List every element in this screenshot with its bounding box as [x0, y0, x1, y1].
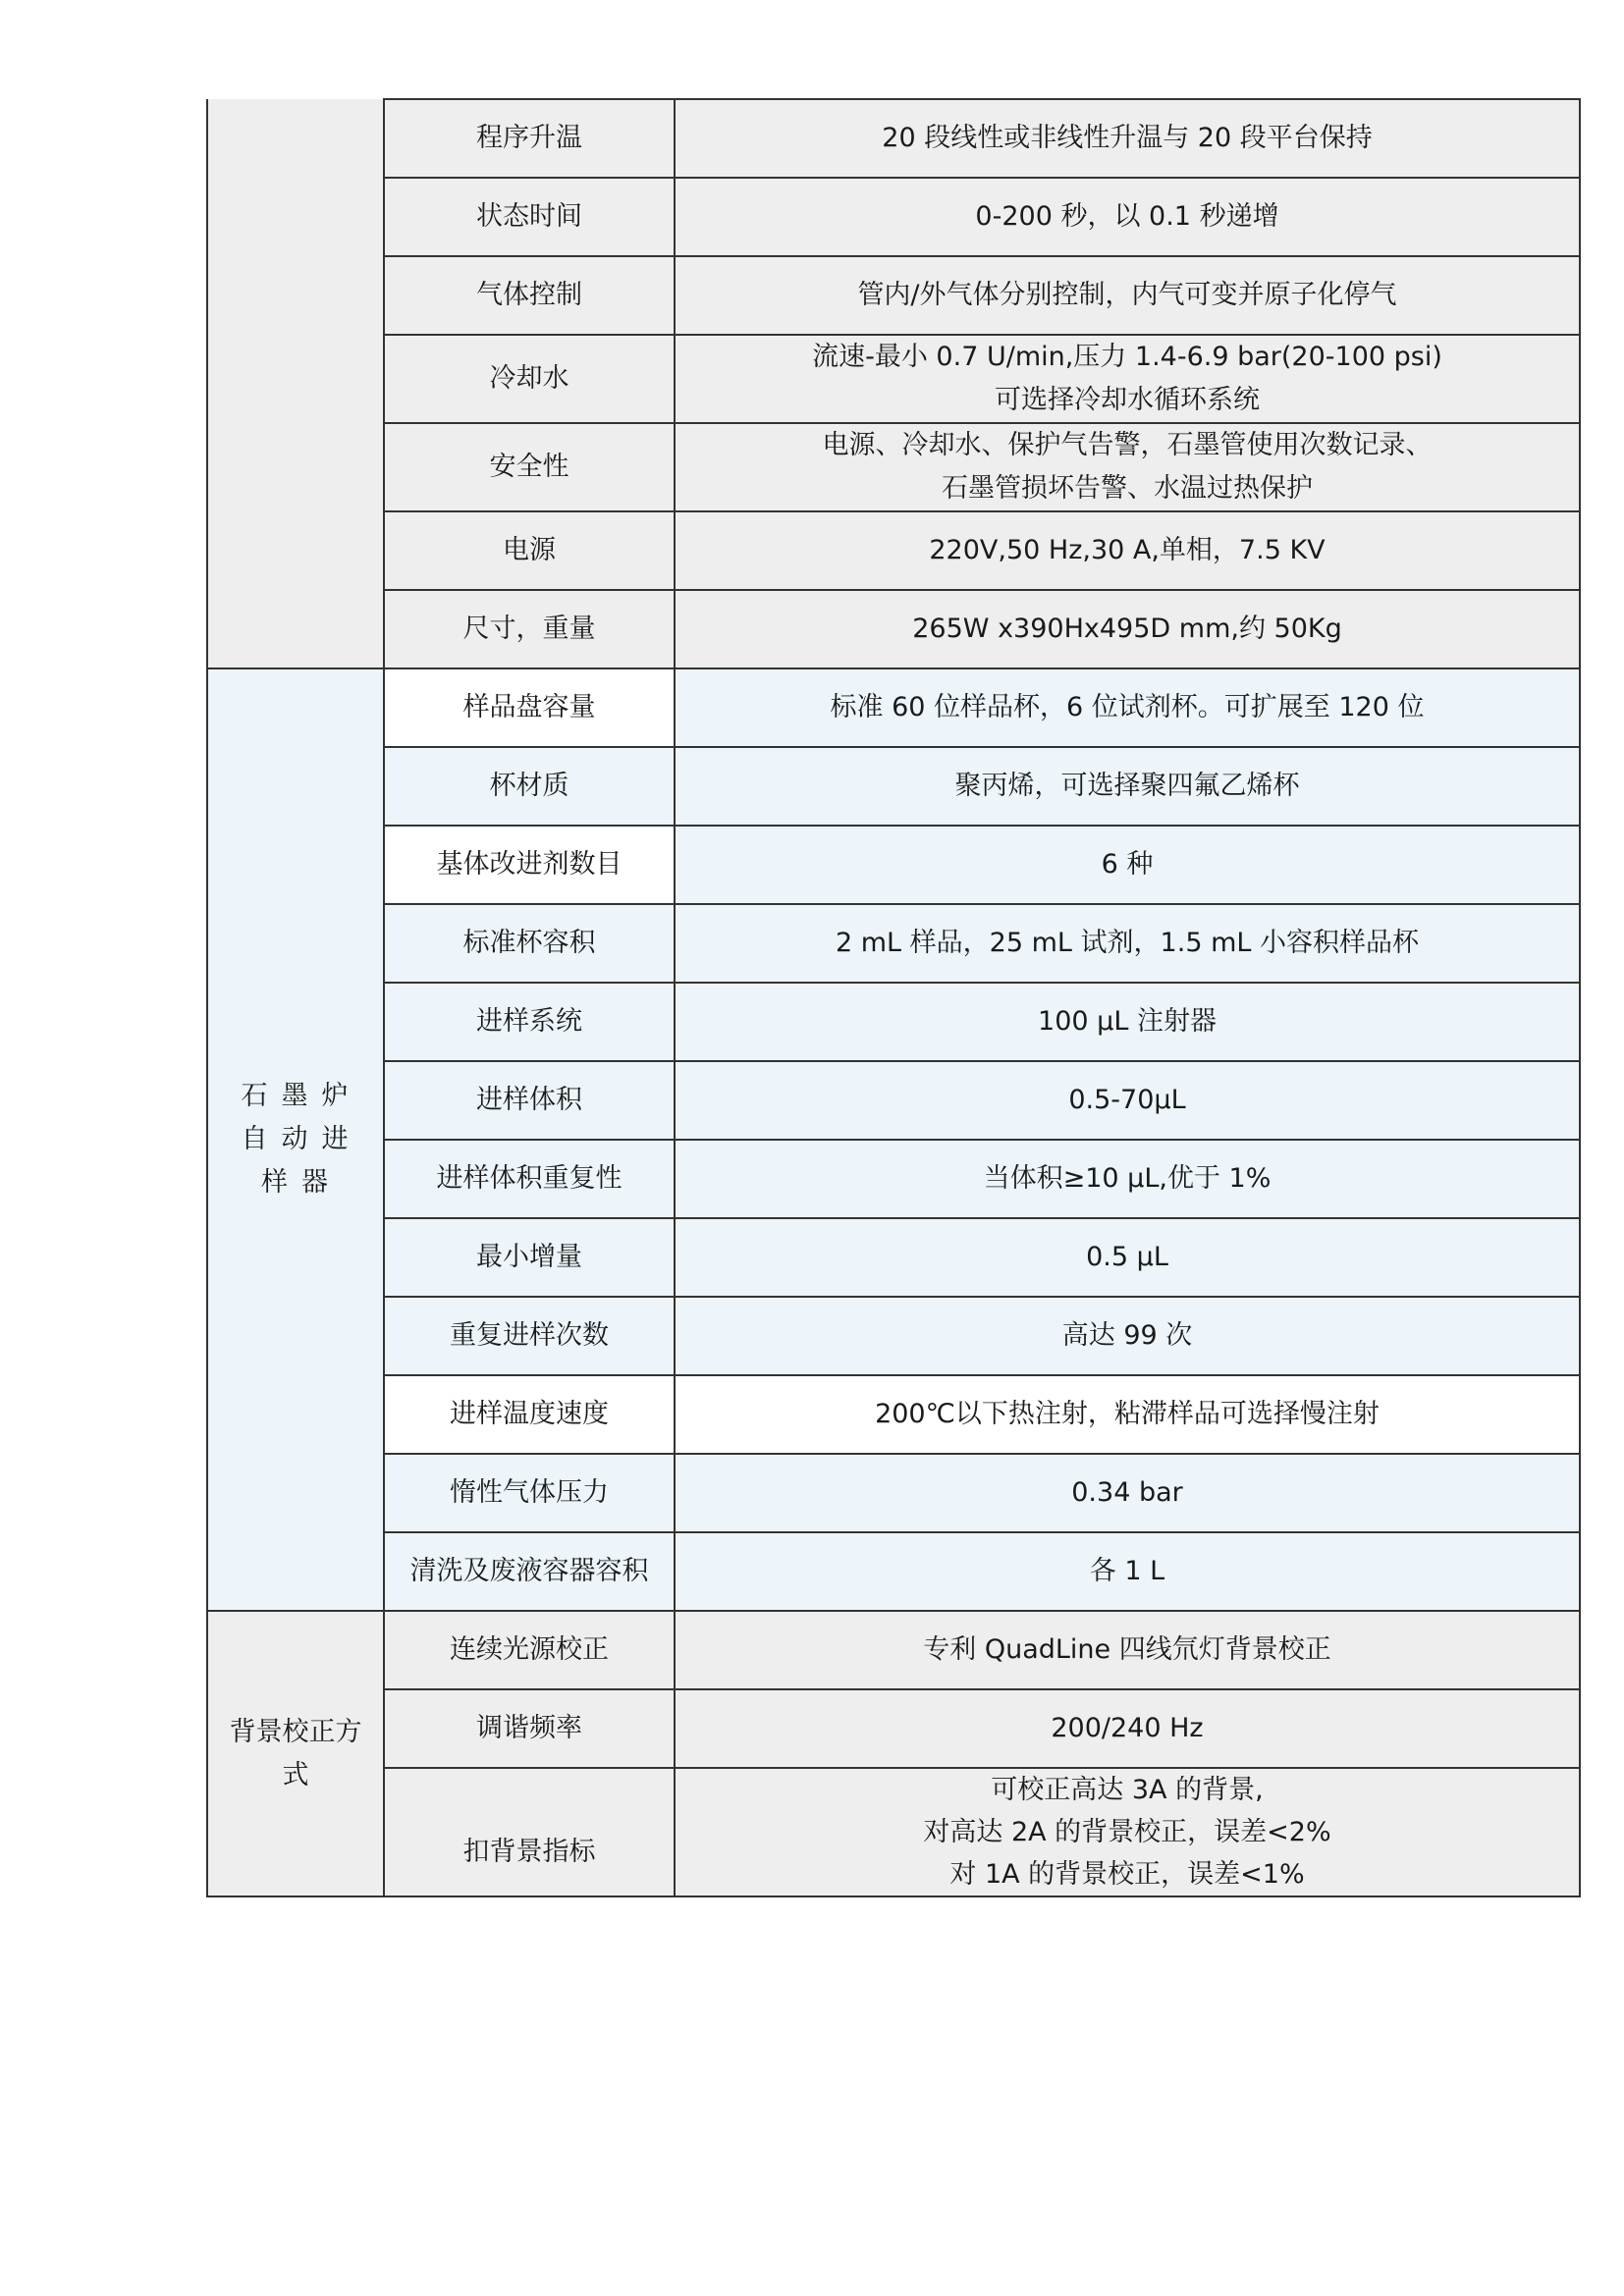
row-label: 清洗及废液容器容积 [384, 1532, 675, 1611]
table-row: 惰性气体压力 0.34 bar [207, 1454, 1580, 1532]
table-row: 最小增量 0.5 µL [207, 1218, 1580, 1297]
table-row: 进样系统 100 µL 注射器 [207, 983, 1580, 1061]
row-value: 可校正高达 3A 的背景, 对高达 2A 的背景校正，误差<2% 对 1A 的背… [675, 1768, 1580, 1896]
table-row: 石墨炉自动进样器 样品盘容量 标准 60 位样品杯，6 位试剂杯。可扩展至 12… [207, 668, 1580, 747]
row-label: 进样体积 [384, 1061, 675, 1140]
table-row: 尺寸，重量 265W x390Hx495D mm,约 50Kg [207, 590, 1580, 668]
group-label-background-correction: 背景校正方式 [207, 1611, 384, 1896]
table-row: 进样温度速度 200℃以下热注射，粘滞样品可选择慢注射 [207, 1375, 1580, 1454]
value-line: 对 1A 的背景校正，误差<1% [685, 1853, 1569, 1896]
row-value: 20 段线性或非线性升温与 20 段平台保持 [675, 99, 1580, 178]
table-row: 冷却水 流速-最小 0.7 U/min,压力 1.4-6.9 bar(20-10… [207, 335, 1580, 423]
row-label: 状态时间 [384, 178, 675, 256]
row-label: 进样系统 [384, 983, 675, 1061]
row-value: 高达 99 次 [675, 1297, 1580, 1375]
value-line: 对高达 2A 的背景校正，误差<2% [685, 1811, 1569, 1853]
table-row: 电源 220V,50 Hz,30 A,单相，7.5 KV [207, 511, 1580, 590]
row-value: 0.34 bar [675, 1454, 1580, 1532]
row-label: 调谐频率 [384, 1689, 675, 1768]
table-row: 杯材质 聚丙烯，可选择聚四氟乙烯杯 [207, 747, 1580, 826]
row-label: 标准杯容积 [384, 904, 675, 983]
row-label: 重复进样次数 [384, 1297, 675, 1375]
table-row: 标准杯容积 2 mL 样品，25 mL 试剂，1.5 mL 小容积样品杯 [207, 904, 1580, 983]
row-label: 安全性 [384, 423, 675, 511]
row-value: 0.5 µL [675, 1218, 1580, 1297]
row-value: 管内/外气体分别控制，内气可变并原子化停气 [675, 256, 1580, 335]
group-label-furnace [207, 99, 384, 668]
row-label: 冷却水 [384, 335, 675, 423]
row-label: 样品盘容量 [384, 668, 675, 747]
row-value: 流速-最小 0.7 U/min,压力 1.4-6.9 bar(20-100 ps… [675, 335, 1580, 423]
row-label: 进样体积重复性 [384, 1140, 675, 1218]
row-value: 220V,50 Hz,30 A,单相，7.5 KV [675, 511, 1580, 590]
row-value: 6 种 [675, 826, 1580, 904]
table-row: 调谐频率 200/240 Hz [207, 1689, 1580, 1768]
table-row: 清洗及废液容器容积 各 1 L [207, 1532, 1580, 1611]
table-row: 进样体积 0.5-70µL [207, 1061, 1580, 1140]
row-label: 杯材质 [384, 747, 675, 826]
value-line: 可选择冷却水循环系统 [685, 379, 1569, 422]
table-row: 背景校正方式 连续光源校正 专利 QuadLine 四线氘灯背景校正 [207, 1611, 1580, 1689]
row-value: 各 1 L [675, 1532, 1580, 1611]
row-value: 标准 60 位样品杯，6 位试剂杯。可扩展至 120 位 [675, 668, 1580, 747]
row-label: 电源 [384, 511, 675, 590]
value-line: 可校正高达 3A 的背景, [685, 1769, 1569, 1811]
row-value: 265W x390Hx495D mm,约 50Kg [675, 590, 1580, 668]
row-label: 基体改进剂数目 [384, 826, 675, 904]
row-value: 200℃以下热注射，粘滞样品可选择慢注射 [675, 1375, 1580, 1454]
row-value: 当体积≥10 µL,优于 1% [675, 1140, 1580, 1218]
row-value: 0-200 秒，以 0.1 秒递增 [675, 178, 1580, 256]
row-label: 程序升温 [384, 99, 675, 178]
row-label: 最小增量 [384, 1218, 675, 1297]
row-label: 进样温度速度 [384, 1375, 675, 1454]
table-row: 气体控制 管内/外气体分别控制，内气可变并原子化停气 [207, 256, 1580, 335]
row-label: 尺寸，重量 [384, 590, 675, 668]
row-value: 0.5-70µL [675, 1061, 1580, 1140]
row-value: 专利 QuadLine 四线氘灯背景校正 [675, 1611, 1580, 1689]
row-value: 聚丙烯，可选择聚四氟乙烯杯 [675, 747, 1580, 826]
row-label: 气体控制 [384, 256, 675, 335]
group-label-autosampler: 石墨炉自动进样器 [207, 668, 384, 1611]
row-label: 惰性气体压力 [384, 1454, 675, 1532]
row-label: 扣背景指标 [384, 1768, 675, 1896]
table-row: 重复进样次数 高达 99 次 [207, 1297, 1580, 1375]
row-value: 2 mL 样品，25 mL 试剂，1.5 mL 小容积样品杯 [675, 904, 1580, 983]
spec-table: 程序升温 20 段线性或非线性升温与 20 段平台保持 状态时间 0-200 秒… [206, 98, 1581, 1897]
value-line: 电源、冷却水、保护气告警，石墨管使用次数记录、 [685, 424, 1569, 467]
table-row: 基体改进剂数目 6 种 [207, 826, 1580, 904]
row-value: 200/240 Hz [675, 1689, 1580, 1768]
row-label: 连续光源校正 [384, 1611, 675, 1689]
table-row: 进样体积重复性 当体积≥10 µL,优于 1% [207, 1140, 1580, 1218]
value-line: 流速-最小 0.7 U/min,压力 1.4-6.9 bar(20-100 ps… [685, 336, 1569, 379]
row-value: 电源、冷却水、保护气告警，石墨管使用次数记录、 石墨管损坏告警、水温过热保护 [675, 423, 1580, 511]
table-row: 安全性 电源、冷却水、保护气告警，石墨管使用次数记录、 石墨管损坏告警、水温过热… [207, 423, 1580, 511]
table-row: 扣背景指标 可校正高达 3A 的背景, 对高达 2A 的背景校正，误差<2% 对… [207, 1768, 1580, 1896]
table-row: 程序升温 20 段线性或非线性升温与 20 段平台保持 [207, 99, 1580, 178]
table-row: 状态时间 0-200 秒，以 0.1 秒递增 [207, 178, 1580, 256]
value-line: 石墨管损坏告警、水温过热保护 [685, 467, 1569, 510]
row-value: 100 µL 注射器 [675, 983, 1580, 1061]
